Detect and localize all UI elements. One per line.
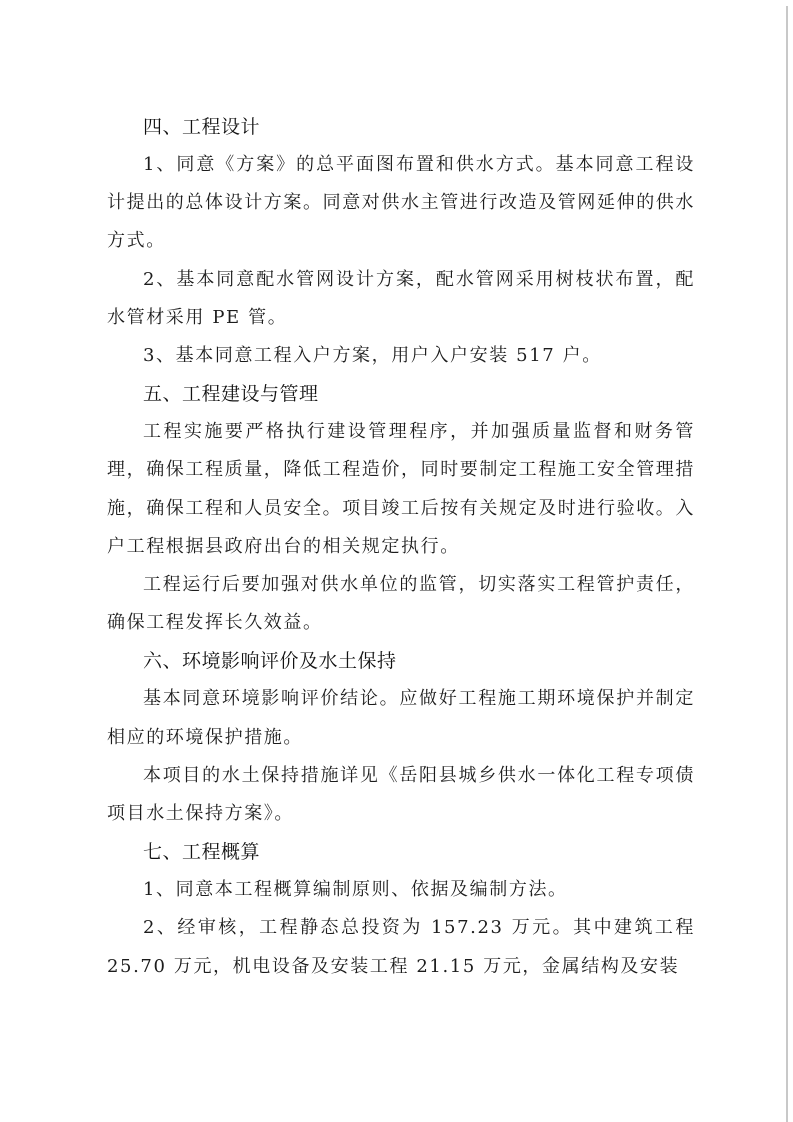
scan-edge-line	[786, 6, 788, 1122]
paragraph: 工程实施要严格执行建设管理程序，并加强质量监督和财务管理，确保工程质量，降低工程…	[107, 413, 695, 566]
paragraph: 工程运行后要加强对供水单位的监管，切实落实工程管护责任，确保工程发挥长久效益。	[107, 566, 695, 642]
section-heading: 六、环境影响评价及水土保持	[107, 642, 695, 680]
paragraph: 1、同意《方案》的总平面图布置和供水方式。基本同意工程设计提出的总体设计方案。同…	[107, 146, 695, 261]
section-engineering-design: 四、工程设计 1、同意《方案》的总平面图布置和供水方式。基本同意工程设计提出的总…	[107, 108, 695, 375]
paragraph: 3、基本同意工程入户方案，用户入户安装 517 户。	[107, 337, 695, 375]
section-heading: 五、工程建设与管理	[107, 375, 695, 413]
section-heading: 四、工程设计	[107, 108, 695, 146]
section-heading: 七、工程概算	[107, 833, 695, 871]
paragraph: 2、经审核，工程静态总投资为 157.23 万元。其中建筑工程 25.70 万元…	[107, 909, 695, 985]
document-page: 四、工程设计 1、同意《方案》的总平面图布置和供水方式。基本同意工程设计提出的总…	[0, 0, 793, 1122]
paragraph: 1、同意本工程概算编制原则、依据及编制方法。	[107, 871, 695, 909]
section-environment-soil-conservation: 六、环境影响评价及水土保持 基本同意环境影响评价结论。应做好工程施工期环境保护并…	[107, 642, 695, 833]
document-body: 四、工程设计 1、同意《方案》的总平面图布置和供水方式。基本同意工程设计提出的总…	[107, 108, 695, 986]
section-construction-management: 五、工程建设与管理 工程实施要严格执行建设管理程序，并加强质量监督和财务管理，确…	[107, 375, 695, 642]
paragraph: 本项目的水土保持措施详见《岳阳县城乡供水一体化工程专项债项目水土保持方案》。	[107, 757, 695, 833]
paragraph: 2、基本同意配水管网设计方案，配水管网采用树枝状布置，配水管材采用 PE 管。	[107, 261, 695, 337]
paragraph: 基本同意环境影响评价结论。应做好工程施工期环境保护并制定相应的环境保护措施。	[107, 680, 695, 756]
section-cost-estimate: 七、工程概算 1、同意本工程概算编制原则、依据及编制方法。 2、经审核，工程静态…	[107, 833, 695, 986]
